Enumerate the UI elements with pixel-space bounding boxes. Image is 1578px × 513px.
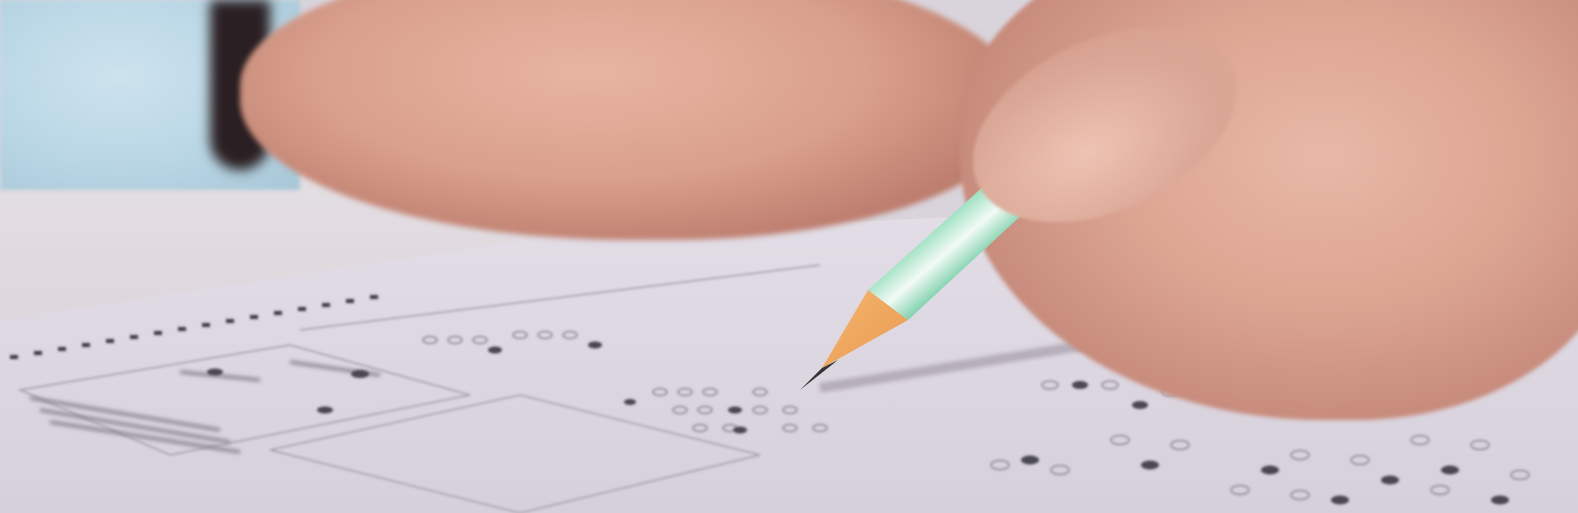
- photo-scene: Hand with pencil marking multiple-choice…: [0, 0, 1578, 513]
- pencil-lead: [800, 360, 838, 390]
- pencil: [0, 0, 1578, 513]
